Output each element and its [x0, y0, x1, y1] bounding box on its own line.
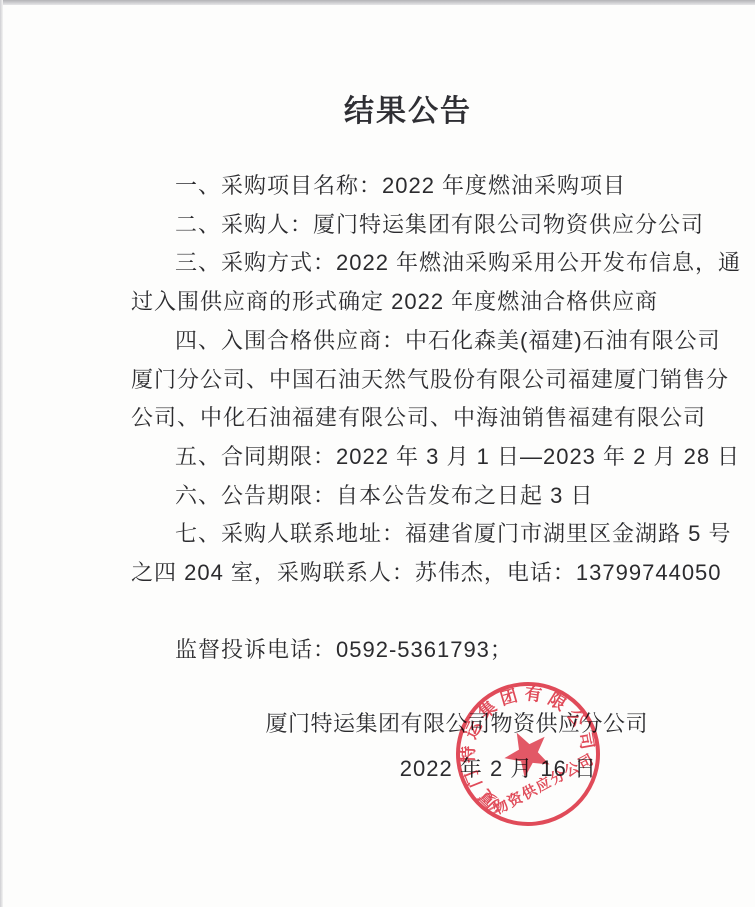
body-line-item-4-cont1: 厦门分公司、中国石油天然气股份有限公司福建厦门销售分	[131, 361, 687, 400]
body-line-item-5: 五、合同期限：2022 年 3 月 1 日—2023 年 2 月 28 日	[131, 438, 687, 477]
body-line-item-4-cont2: 公司、中化石油福建有限公司、中海油销售福建有限公司	[131, 399, 687, 438]
page-title: 结果公告	[131, 86, 685, 130]
body-line-item-7: 七、采购人联系地址：福建省厦门市湖里区金湖路 5 号	[131, 515, 687, 554]
company-seal: 厦门特运集团有限公司 物资供应分公司	[441, 667, 615, 841]
body-line-item-2: 二、采购人：厦门特运集团有限公司物资供应分公司	[131, 206, 687, 245]
document-body: 一、采购项目名称：2022 年度燃油采购项目 二、采购人：厦门特运集团有限公司物…	[131, 167, 687, 670]
scanned-document-page: 结果公告 一、采购项目名称：2022 年度燃油采购项目 二、采购人：厦门特运集团…	[0, 0, 755, 907]
complaint-phone-line: 监督投诉电话：0592-5361793；	[131, 631, 687, 670]
body-line-item-3-cont: 过入围供应商的形式确定 2022 年度燃油合格供应商	[131, 283, 687, 322]
body-line-item-3: 三、采购方式：2022 年燃油采购采用公开发布信息，通	[131, 244, 687, 283]
body-line-item-6: 六、公告期限：自本公告发布之日起 3 日	[131, 477, 687, 516]
body-line-item-7-cont: 之四 204 室，采购联系人：苏伟杰，电话：13799744050	[131, 554, 687, 593]
body-line-item-4: 四、入围合格供应商：中石化森美(福建)石油有限公司	[131, 322, 687, 361]
scan-top-edge	[0, 0, 755, 5]
body-line-item-1: 一、采购项目名称：2022 年度燃油采购项目	[131, 167, 687, 206]
